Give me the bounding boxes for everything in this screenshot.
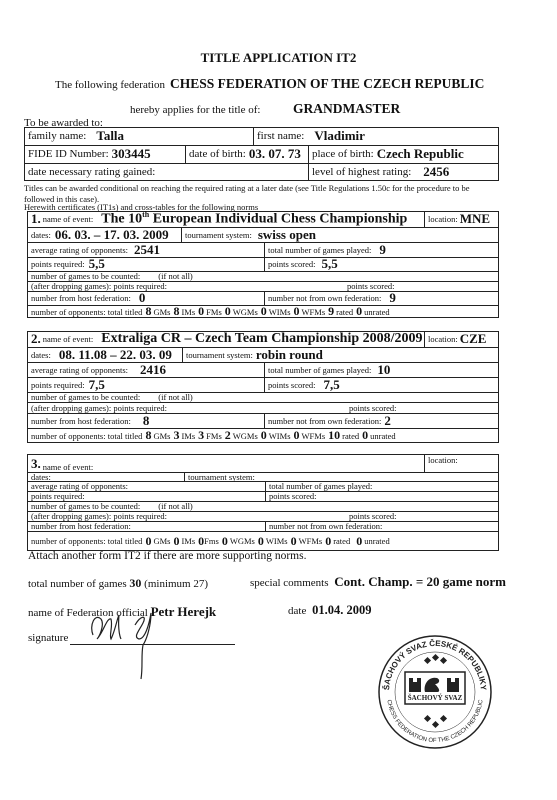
- ims-label: IMs: [181, 307, 195, 317]
- norm-1-games-value: 9: [379, 242, 386, 257]
- federation-name: CHESS FEDERATION OF THE CZECH REPUBLIC: [170, 76, 484, 92]
- norm-1-unrated: 0: [356, 305, 362, 318]
- norm-1-wims: 0: [261, 305, 267, 318]
- wims-label: WIMs: [266, 536, 288, 546]
- dob-value: 03. 07. 73: [249, 146, 301, 162]
- special-comments-value: Cont. Champ. = 20 game norm: [334, 574, 506, 589]
- attach-note: Attach another form IT2 if there are mor…: [28, 550, 306, 562]
- norm-3-dropping-label: (after dropping games): points required:: [31, 511, 167, 521]
- highest-rating-value: 2456: [423, 164, 449, 180]
- norm-2-dates-cell: dates: 08. 11.08 – 22. 03. 09: [27, 347, 182, 362]
- svg-text:ŠACHOVÝ SVAZ: ŠACHOVÝ SVAZ: [408, 694, 463, 702]
- norm-3-dates-cell: dates:: [27, 472, 184, 481]
- norm-3-ims: 0: [173, 534, 179, 549]
- norm-2-scored-label: points scored:: [268, 380, 315, 390]
- gms-label: GMs: [153, 536, 170, 546]
- pob-value: Czech Republic: [377, 146, 464, 162]
- norm-3-wfms: 0: [291, 534, 297, 549]
- first-name-cell: first name: Vladimir: [253, 127, 499, 145]
- norm-2-number: 2.: [31, 331, 41, 347]
- norm-3-notown-cell: number not from own federation:: [265, 521, 499, 531]
- norm-3-host-label: number from host federation:: [31, 521, 131, 531]
- norm-1-event-cell: 1. name of event: The 10th European Indi…: [27, 211, 424, 227]
- wfms-label: WFMs: [302, 307, 326, 317]
- norm-2-avg-value: 2416: [140, 362, 166, 377]
- norm-1-scored-value: 5,5: [321, 257, 337, 271]
- norm-1-notown-cell: number not from own federation: 9: [264, 291, 499, 305]
- norm-3-event-cell: 3. name of event:: [27, 456, 424, 472]
- norm-3-wims: 0: [258, 534, 264, 549]
- family-name-cell: family name: Talla: [24, 127, 253, 145]
- norm-1-counted-label: number of games to be counted:: [31, 271, 140, 281]
- norm-2-wgms: 2: [225, 428, 231, 443]
- norm-1-wgms: 0: [225, 305, 231, 318]
- pob-label: place of birth:: [312, 148, 374, 160]
- signature-label: signature: [28, 632, 68, 644]
- norm-2-dates-label: dates:: [31, 350, 51, 360]
- date-value: 01.04. 2009: [312, 603, 371, 617]
- norm-3-location-label: location:: [428, 455, 458, 465]
- norm-3-dropping-cell: (after dropping games): points required:…: [27, 511, 499, 521]
- norm-3-counted-cell: number of games to be counted: (if not a…: [27, 501, 499, 511]
- norm-3-unrated: 0: [356, 534, 362, 549]
- norm-2-system-value: robin round: [256, 347, 323, 362]
- norm-3-wgms: 0: [222, 534, 228, 549]
- norm-2-system-label: tournament system:: [186, 350, 253, 360]
- norm-2-event-cell: 2. name of event: Extraliga CR – Czech T…: [27, 331, 424, 347]
- norm-1-number: 1.: [31, 211, 41, 227]
- norm-2-req-cell: points required: 7,5: [27, 377, 264, 392]
- norm-1-rated: 9: [328, 305, 334, 318]
- highest-rating-cell: level of highest rating: 2456: [308, 163, 499, 181]
- norm-3-system-cell: tournament system:: [184, 472, 499, 481]
- date-rating-cell: date necessary rating gained:: [24, 163, 308, 181]
- norm-2-wfms: 0: [294, 428, 300, 443]
- norm-1-dates-label: dates:: [31, 230, 51, 240]
- gms-label: GMs: [153, 307, 170, 317]
- norm-2-opponents-cell: number of opponents: total titled 8GMs 3…: [27, 428, 499, 443]
- norm-1-host-value: 0: [139, 291, 146, 305]
- norm-2-req-label: points required:: [31, 380, 85, 390]
- applies-label: hereby applies for the title of:: [130, 104, 260, 116]
- norm-3-notown-label: number not from own federation:: [269, 521, 382, 531]
- norm-1-counted-cell: number of games to be counted: (if not a…: [27, 271, 499, 281]
- first-name-label: first name:: [257, 130, 304, 142]
- norm-1-location-value: MNE: [460, 211, 490, 227]
- norm-2-location-label: location:: [428, 334, 458, 344]
- norm-2-event-label: name of event:: [43, 334, 94, 344]
- fide-id-label: FIDE ID Number:: [28, 148, 109, 160]
- norm-3-system-label: tournament system:: [188, 472, 255, 481]
- norm-1-dates-value: 06. 03. – 17. 03. 2009: [55, 227, 169, 242]
- norm-1-wfms: 0: [294, 305, 300, 318]
- dob-cell: date of birth: 03. 07. 73: [185, 145, 308, 163]
- norm-2-avg-cell: average rating of opponents: 2416: [27, 362, 264, 377]
- fide-id-value: 303445: [112, 146, 151, 162]
- ims-label: IMs: [181, 431, 195, 441]
- unrated-label: unrated: [364, 536, 390, 546]
- form-title: TITLE APPLICATION IT2: [0, 50, 557, 66]
- fms-label: Fms: [204, 536, 219, 546]
- norm-1-dates-cell: dates: 06. 03. – 17. 03. 2009: [27, 227, 181, 242]
- norm-3-games-cell: total number of games played:: [265, 481, 499, 491]
- norm-1-notown-value: 9: [389, 291, 396, 305]
- minimum-games: (minimum 27): [144, 578, 208, 590]
- norm-1-system-cell: tournament system: swiss open: [181, 227, 499, 242]
- rated-label: rated: [336, 307, 353, 317]
- norm-3-gms: 0: [145, 534, 151, 549]
- norm-3-avg-label: average rating of opponents:: [31, 481, 128, 491]
- norm-2-event-value: Extraliga CR – Czech Team Championship 2…: [101, 331, 422, 347]
- federation-label: The following federation: [55, 79, 165, 91]
- norm-1-event-label: name of event:: [43, 214, 94, 224]
- rated-label: rated: [342, 431, 359, 441]
- norm-1-dropping-scored-label: points scored:: [347, 281, 394, 291]
- norm-1-ims: 8: [173, 305, 179, 318]
- title-applied: GRANDMASTER: [293, 101, 400, 117]
- unrated-label: unrated: [370, 431, 396, 441]
- date-line: date 01.04. 2009: [288, 603, 371, 618]
- pob-cell: place of birth: Czech Republic: [308, 145, 499, 163]
- norm-1-opponents-cell: number of opponents: total titled 8GMs 8…: [27, 305, 499, 318]
- norm-1-event-value: The 10th European Individual Chess Champ…: [101, 211, 407, 227]
- total-games-value: 30: [129, 576, 141, 590]
- norm-1-req-cell: points required: 5,5: [27, 257, 264, 271]
- norm-2-scored-cell: points scored: 7,5: [264, 377, 499, 392]
- norm-1-scored-cell: points scored: 5,5: [264, 257, 499, 271]
- norm-2-if-not-all: (if not all): [158, 392, 192, 402]
- norm-1-avg-value: 2541: [134, 242, 160, 257]
- norm-2-games-value: 10: [377, 362, 390, 377]
- norm-2-notown-value: 2: [384, 413, 391, 428]
- wgms-label: WGMs: [233, 307, 258, 317]
- norm-1-host-label: number from host federation:: [31, 293, 131, 303]
- norm-2-location-cell: location: CZE: [424, 331, 499, 347]
- norm-1-system-label: tournament system:: [185, 230, 252, 240]
- norm-1-location-cell: location: MNE: [424, 211, 499, 227]
- norm-3-avg-cell: average rating of opponents:: [27, 481, 265, 491]
- norm-2-notown-cell: number not from own federation: 2: [264, 413, 499, 428]
- highest-rating-label: level of highest rating:: [312, 166, 411, 178]
- norm-3-location-cell: location:: [424, 454, 499, 466]
- signature-icon: [85, 605, 175, 685]
- norm-3-counted-label: number of games to be counted:: [31, 501, 140, 511]
- norm-1-avg-label: average rating of opponents:: [31, 245, 128, 255]
- norm-1-if-not-all: (if not all): [158, 271, 192, 281]
- norm-3-games-label: total number of games played:: [269, 481, 372, 491]
- norm-3-if-not-all: (if not all): [158, 501, 192, 511]
- norm-2-system-cell: tournament system: robin round: [182, 347, 499, 362]
- norm-2-avg-label: average rating of opponents:: [31, 365, 128, 375]
- norm-3-scored-cell: points scored:: [265, 491, 499, 501]
- norm-1-fms: 0: [198, 305, 204, 318]
- wgms-label: WGMs: [230, 536, 255, 546]
- norm-2-host-cell: number from host federation: 8: [27, 413, 264, 428]
- norm-2-counted-label: number of games to be counted:: [31, 392, 140, 402]
- fms-label: FMs: [206, 307, 222, 317]
- norm-2-gms: 8: [145, 428, 151, 443]
- norm-3-req-label: points required:: [31, 491, 85, 501]
- unrated-label: unrated: [364, 307, 390, 317]
- date-rating-label: date necessary rating gained:: [28, 166, 155, 178]
- norm-1-host-cell: number from host federation: 0: [27, 291, 264, 305]
- norm-1-req-label: points required:: [31, 259, 85, 269]
- norm-2-dropping-cell: (after dropping games): points required:…: [27, 402, 499, 413]
- norm-1-notown-label: number not from own federation:: [268, 293, 381, 303]
- wims-label: WIMs: [269, 307, 291, 317]
- norm-1-avg-cell: average rating of opponents: 2541: [27, 242, 264, 257]
- norm-3-host-cell: number from host federation:: [27, 521, 265, 531]
- wgms-label: WGMs: [233, 431, 258, 441]
- norm-2-unrated: 0: [362, 428, 368, 443]
- norm-2-opp-label: number of opponents: total titled: [31, 431, 142, 441]
- norm-3-req-cell: points required:: [27, 491, 265, 501]
- norm-2-location-value: CZE: [460, 331, 487, 347]
- norm-2-rated: 10: [328, 428, 340, 443]
- special-comments-label: special comments: [250, 577, 329, 589]
- norm-3-rated: 0: [325, 534, 331, 549]
- total-games-label: total number of games: [28, 578, 127, 590]
- norm-2-dates-value: 08. 11.08 – 22. 03. 09: [59, 347, 172, 362]
- norm-2-host-value: 8: [143, 413, 150, 428]
- wfms-label: WFMs: [299, 536, 323, 546]
- norm-2-fms: 3: [198, 428, 204, 443]
- norm-3-dates-label: dates:: [31, 472, 51, 481]
- conditional-note: Titles can be awarded conditional on rea…: [24, 183, 470, 193]
- rated-label: rated: [333, 536, 350, 546]
- federation-stamp-icon: ŠACHOVÝ SVAZ ČESKÉ REPUBLIKY CHESS FEDER…: [375, 632, 495, 752]
- norm-2-dropping-scored-label: points scored:: [349, 403, 396, 413]
- svg-text:CHESS FEDERATION OF THE CZECH: CHESS FEDERATION OF THE CZECH REPUBLIC: [385, 699, 484, 744]
- family-name-label: family name:: [28, 130, 86, 142]
- norm-3-number: 3.: [31, 456, 41, 472]
- norm-3-dropping-scored-label: points scored:: [349, 511, 396, 521]
- gms-label: GMs: [153, 431, 170, 441]
- norm-2-host-label: number from host federation:: [31, 416, 131, 426]
- norm-1-location-label: location:: [428, 214, 458, 224]
- fide-id-cell: FIDE ID Number: 303445: [24, 145, 185, 163]
- wfms-label: WFMs: [302, 431, 326, 441]
- norm-2-scored-value: 7,5: [323, 377, 339, 392]
- norm-2-req-value: 7,5: [89, 377, 105, 392]
- norm-3-scored-label: points scored:: [269, 491, 316, 501]
- first-name-value: Vladimir: [314, 128, 365, 144]
- total-games-line: total number of games 30 (minimum 27): [28, 576, 208, 591]
- norm-2-dropping-label: (after dropping games): points required:: [31, 403, 167, 413]
- special-comments-line: special comments Cont. Champ. = 20 game …: [250, 574, 506, 590]
- norm-2-games-label: total number of games played:: [268, 365, 371, 375]
- family-name-value: Talla: [96, 128, 124, 144]
- norm-1-games-cell: total number of games played: 9: [264, 242, 499, 257]
- norm-1-gms: 8: [145, 305, 151, 318]
- norm-2-games-cell: total number of games played: 10: [264, 362, 499, 377]
- fms-label: FMs: [206, 431, 222, 441]
- ims-label: IMs: [181, 536, 195, 546]
- norm-1-dropping-cell: (after dropping games): points required:…: [27, 281, 499, 291]
- norm-3-event-label: name of event:: [43, 462, 94, 472]
- norm-1-dropping-label: (after dropping games): points required:: [31, 281, 167, 291]
- wims-label: WIMs: [269, 431, 291, 441]
- norm-3-opp-label: number of opponents: total titled: [31, 536, 142, 546]
- norm-2-ims: 3: [173, 428, 179, 443]
- norm-1-req-value: 5,5: [89, 257, 105, 271]
- norm-3-opponents-cell: number of opponents: total titled 0GMs 0…: [27, 531, 499, 551]
- norm-1-opp-label: number of opponents: total titled: [31, 307, 142, 317]
- norm-2-counted-cell: number of games to be counted: (if not a…: [27, 392, 499, 402]
- dob-label: date of birth:: [189, 148, 246, 160]
- date-label: date: [288, 605, 306, 617]
- norm-2-wims: 0: [261, 428, 267, 443]
- norm-1-system-value: swiss open: [258, 227, 316, 242]
- norm-1-scored-label: points scored:: [268, 259, 315, 269]
- norm-1-games-label: total number of games played:: [268, 245, 371, 255]
- norm-2-notown-label: number not from own federation:: [268, 416, 381, 426]
